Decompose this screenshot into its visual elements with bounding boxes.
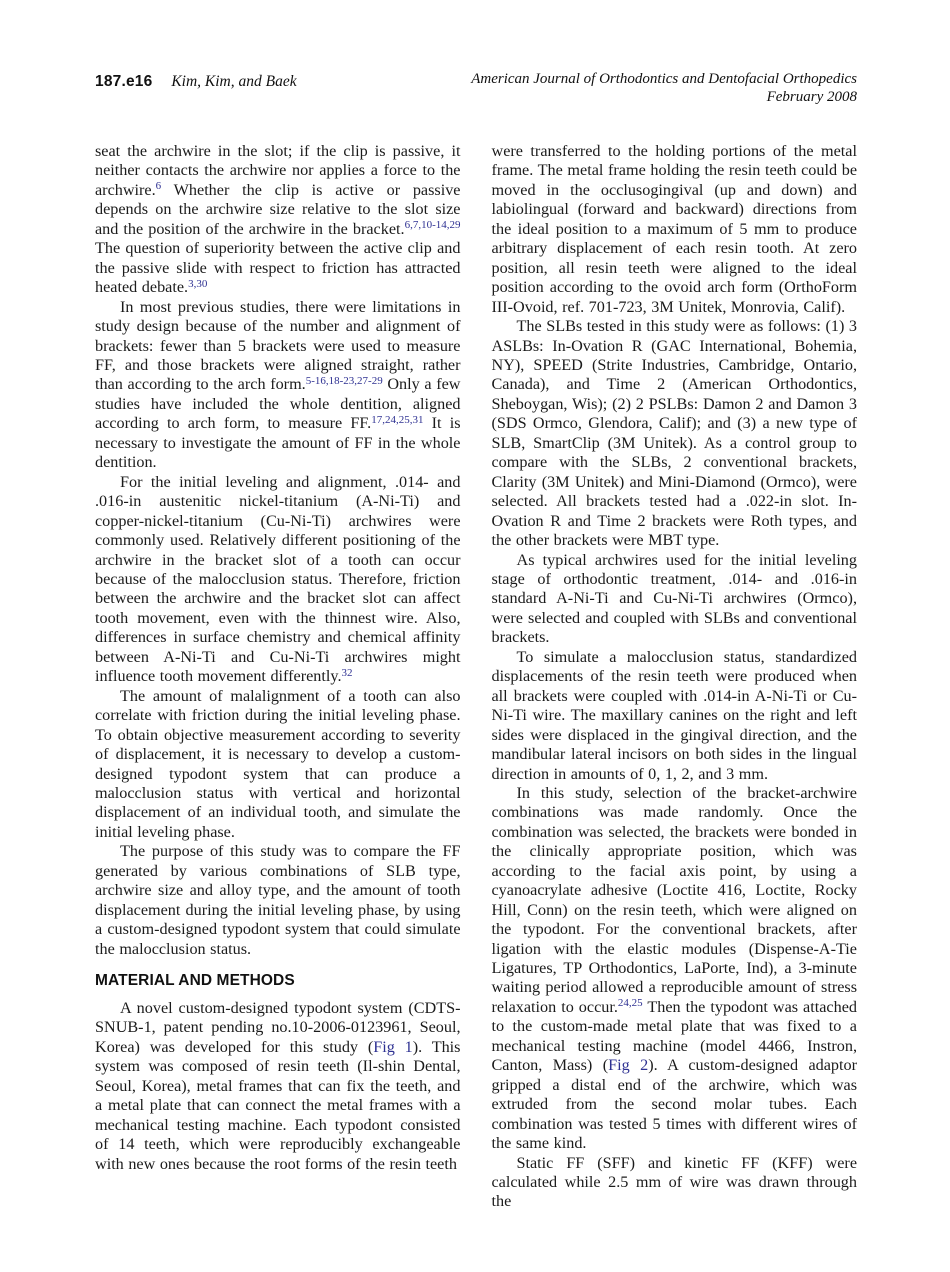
reference-superscript[interactable]: 17,24,25,31 xyxy=(371,414,423,426)
figure-link[interactable]: Fig 1 xyxy=(373,1038,413,1056)
running-authors: Kim, Kim, and Baek xyxy=(171,73,296,90)
paragraph: In most previous studies, there were lim… xyxy=(95,298,461,473)
journal-page: 187.e16 Kim, Kim, and Baek American Jour… xyxy=(0,0,950,1272)
paragraph: The amount of malalignment of a tooth ca… xyxy=(95,687,461,843)
running-head-left: 187.e16 Kim, Kim, and Baek xyxy=(95,71,297,91)
paragraph: Static FF (SFF) and kinetic FF (KFF) wer… xyxy=(492,1154,858,1212)
journal-issue: February 2008 xyxy=(471,89,857,107)
paragraph: As typical archwires used for the initia… xyxy=(492,551,858,648)
running-head-right: American Journal of Orthodontics and Den… xyxy=(471,71,857,106)
paragraph: were transferred to the holding portions… xyxy=(492,142,858,317)
paragraph: seat the archwire in the slot; if the cl… xyxy=(95,142,461,298)
reference-superscript[interactable]: 6,7,10-14,29 xyxy=(405,219,461,231)
paragraph: A novel custom-designed typodont system … xyxy=(95,999,461,1174)
reference-superscript[interactable]: 24,25 xyxy=(618,997,643,1009)
reference-superscript[interactable]: 6 xyxy=(156,180,162,192)
page-number: 187.e16 xyxy=(95,73,152,90)
figure-link[interactable]: Fig 2 xyxy=(608,1056,648,1074)
left-column: seat the archwire in the slot; if the cl… xyxy=(95,142,461,1212)
article-body: seat the archwire in the slot; if the cl… xyxy=(95,142,857,1212)
right-column: were transferred to the holding portions… xyxy=(492,142,858,1212)
paragraph: In this study, selection of the bracket-… xyxy=(492,784,858,1154)
reference-superscript[interactable]: 3,30 xyxy=(188,278,207,290)
reference-superscript[interactable]: 32 xyxy=(342,667,353,679)
reference-superscript[interactable]: 5-16,18-23,27-29 xyxy=(306,375,383,387)
paragraph: For the initial leveling and alignment, … xyxy=(95,473,461,687)
paragraph: The purpose of this study was to compare… xyxy=(95,842,461,959)
paragraph: To simulate a malocclusion status, stand… xyxy=(492,648,858,784)
paragraph: The SLBs tested in this study were as fo… xyxy=(492,317,858,550)
section-heading: MATERIAL AND METHODS xyxy=(95,972,461,990)
journal-title: American Journal of Orthodontics and Den… xyxy=(471,71,857,89)
page-header: 187.e16 Kim, Kim, and Baek American Jour… xyxy=(95,71,857,106)
